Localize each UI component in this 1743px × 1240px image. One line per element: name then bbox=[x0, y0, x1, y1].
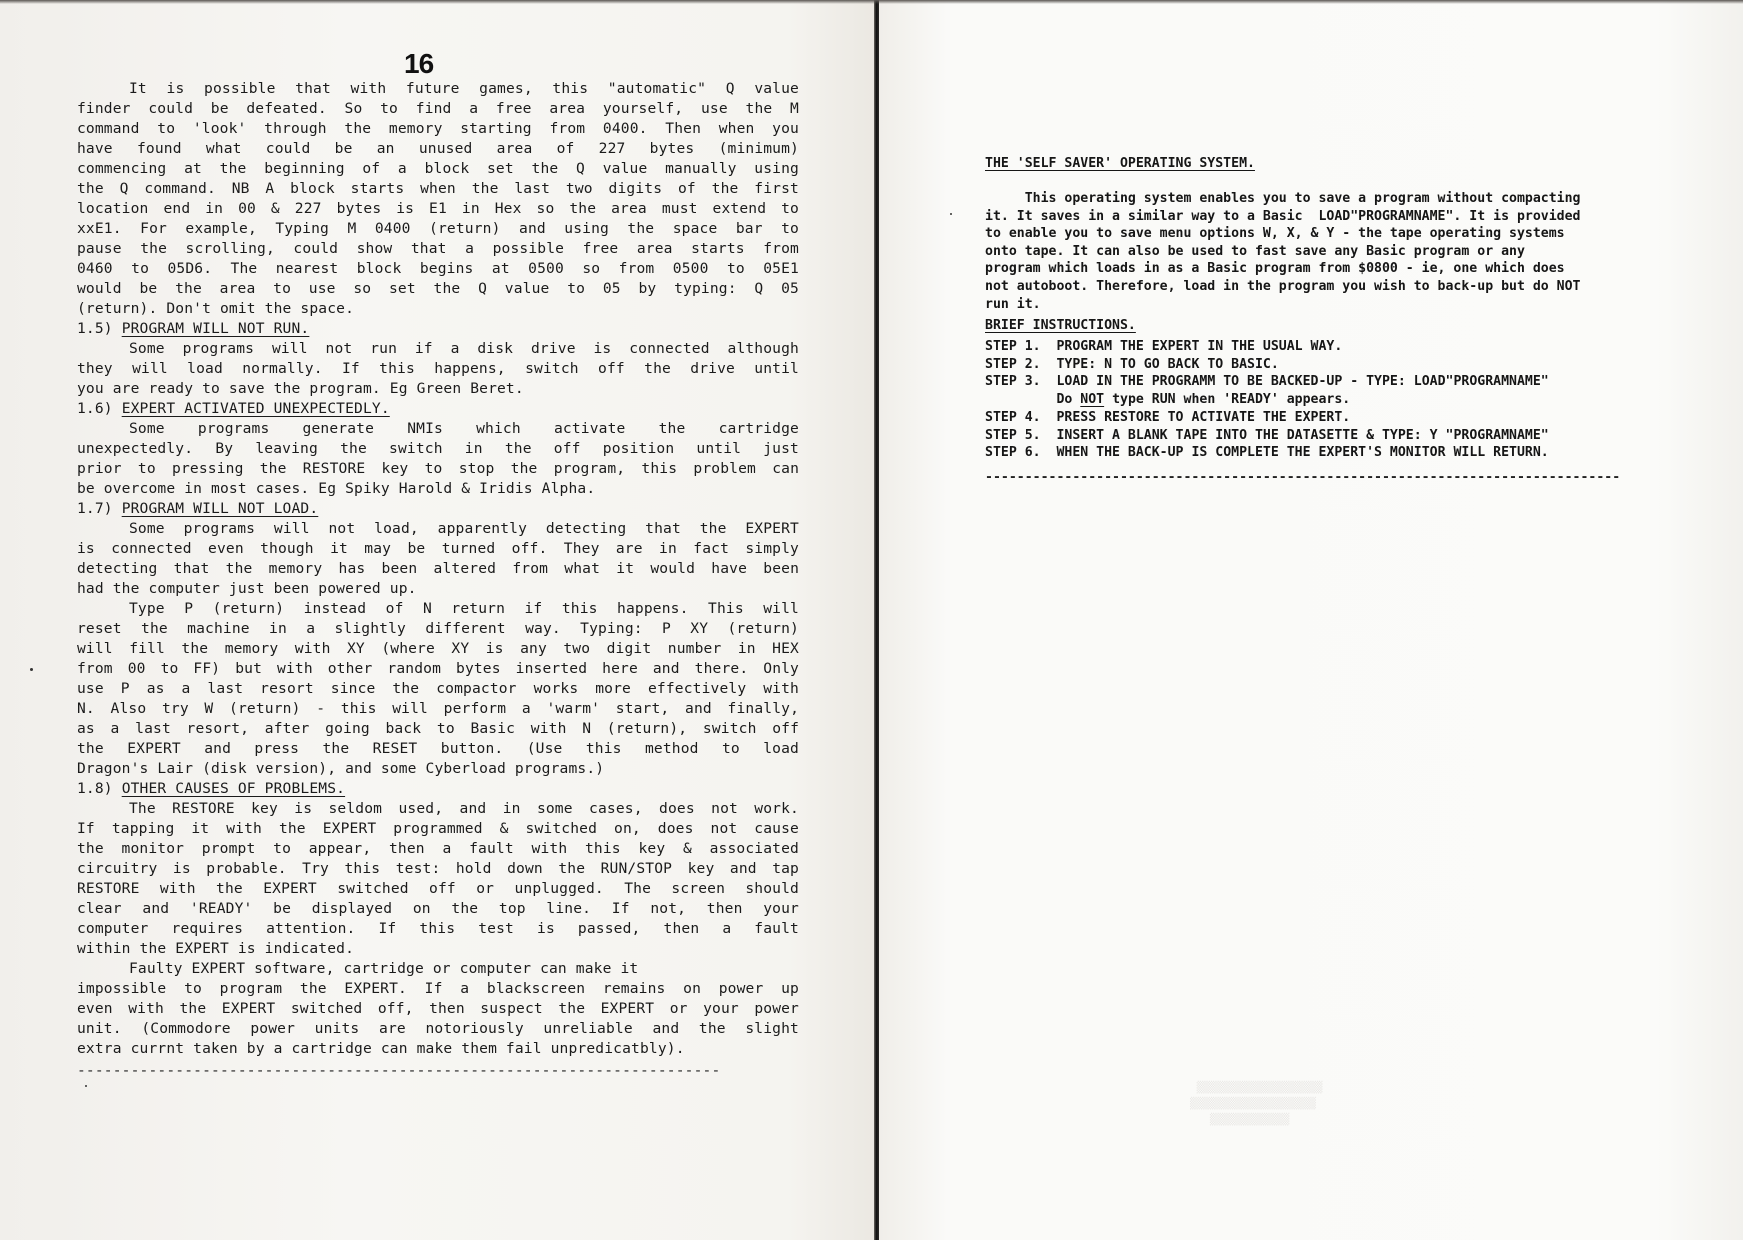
step-note: Do NOT type RUN when 'READY' appears. bbox=[985, 391, 1350, 409]
step-item: STEP 3. LOAD IN THE PROGRAMM TO BE BACKE… bbox=[985, 373, 1549, 391]
step-text: TYPE: N TO GO BACK TO BASIC. bbox=[1056, 357, 1278, 372]
body-line: finder could be defeated. So to find a f… bbox=[77, 99, 799, 119]
body-line: unexpectedly. By leaving the switch in t… bbox=[77, 439, 799, 459]
step-text: PRESS RESTORE TO ACTIVATE THE EXPERT. bbox=[1056, 410, 1350, 425]
page-number: 16 bbox=[404, 48, 433, 80]
body-line: prior to pressing the RESTORE key to sto… bbox=[77, 459, 799, 479]
intro-line: to enable you to save menu options W, X,… bbox=[985, 225, 1565, 243]
section-number: 1.5) bbox=[77, 320, 122, 337]
step-label: STEP 6. bbox=[985, 445, 1056, 460]
body-line: will fill the memory with XY (where XY i… bbox=[77, 639, 799, 659]
booklet-spread: ▒▒▒▒▒▒▒▒▒▒▒▒▒▒▒▒▒▒▒ ▒▒▒▒▒▒▒▒▒▒▒▒▒▒▒▒▒▒▒ … bbox=[0, 0, 1743, 1240]
body-line: even with the EXPERT switched off, then … bbox=[77, 999, 799, 1019]
brief-instructions-heading: BRIEF INSTRUCTIONS. bbox=[985, 317, 1136, 335]
body-line: they will load normally. If this happens… bbox=[77, 359, 799, 379]
step-label bbox=[985, 392, 1056, 407]
body-line: circuitry is probable. Try this test: ho… bbox=[77, 859, 799, 879]
step-text: LOAD IN THE PROGRAMM TO BE BACKED-UP - T… bbox=[1056, 374, 1548, 389]
body-line: Some programs will not run if a disk dri… bbox=[129, 339, 799, 359]
body-line: pause the scrolling, could show that a p… bbox=[77, 239, 799, 259]
body-line: (return). Don't omit the space. bbox=[77, 299, 799, 319]
intro-line: This operating system enables you to sav… bbox=[985, 190, 1580, 208]
body-line: If tapping it with the EXPERT programmed… bbox=[77, 819, 799, 839]
speck bbox=[85, 1085, 87, 1087]
section-number: 1.7) bbox=[77, 500, 122, 517]
right-heading: THE 'SELF SAVER' OPERATING SYSTEM. bbox=[985, 155, 1255, 173]
step-item: STEP 4. PRESS RESTORE TO ACTIVATE THE EX… bbox=[985, 409, 1350, 427]
body-line: N. Also try W (return) - this will perfo… bbox=[77, 699, 799, 719]
step-label: STEP 5. bbox=[985, 428, 1056, 443]
emphasis: NOT bbox=[1080, 392, 1104, 407]
body-line: Some programs will not load, apparently … bbox=[129, 519, 799, 539]
body-line: 0460 to 05D6. The nearest block begins a… bbox=[77, 259, 799, 279]
step-item: STEP 6. WHEN THE BACK-UP IS COMPLETE THE… bbox=[985, 444, 1549, 462]
step-text: PROGRAM THE EXPERT IN THE USUAL WAY. bbox=[1056, 339, 1342, 354]
body-line: It is possible that with future games, t… bbox=[129, 79, 799, 99]
section-heading: 1.6) EXPERT ACTIVATED UNEXPECTEDLY. bbox=[77, 399, 799, 419]
step-text: INSERT A BLANK TAPE INTO THE DATASETTE &… bbox=[1056, 428, 1548, 443]
body-line: had the computer just been powered up. bbox=[77, 579, 799, 599]
body-line: the monitor prompt to appear, then a fau… bbox=[77, 839, 799, 859]
body-line: impossible to program the EXPERT. If a b… bbox=[77, 979, 799, 999]
top-edge-shadow bbox=[0, 0, 1743, 4]
step-text: Do bbox=[1056, 392, 1080, 407]
body-line: have found what could be an unused area … bbox=[77, 139, 799, 159]
body-line: Dragon's Lair (disk version), and some C… bbox=[77, 759, 799, 779]
body-line: detecting that the memory has been alter… bbox=[77, 559, 799, 579]
body-line: commencing at the beginning of a block s… bbox=[77, 159, 799, 179]
section-title: OTHER CAUSES OF PROBLEMS. bbox=[122, 780, 345, 797]
section-heading: 1.5) PROGRAM WILL NOT RUN. bbox=[77, 319, 799, 339]
body-line: extra currnt taken by a cartridge can ma… bbox=[77, 1039, 799, 1059]
section-number: 1.6) bbox=[77, 400, 122, 417]
bleed-through-text: ▒▒▒▒▒▒▒▒▒▒▒▒▒▒▒▒▒▒▒ ▒▒▒▒▒▒▒▒▒▒▒▒▒▒▒▒▒▒▒ … bbox=[1190, 1080, 1322, 1128]
body-line: Some programs generate NMIs which activa… bbox=[129, 419, 799, 439]
step-label: STEP 4. bbox=[985, 410, 1056, 425]
step-label: STEP 1. bbox=[985, 339, 1056, 354]
section-heading: 1.8) OTHER CAUSES OF PROBLEMS. bbox=[77, 779, 799, 799]
intro-line: not autoboot. Therefore, load in the pro… bbox=[985, 278, 1580, 296]
speck bbox=[30, 668, 33, 671]
body-line: the Q command. NB A block starts when th… bbox=[77, 179, 799, 199]
step-label: STEP 2. bbox=[985, 357, 1056, 372]
section-title: EXPERT ACTIVATED UNEXPECTEDLY. bbox=[122, 400, 390, 417]
body-line: command to 'look' through the memory sta… bbox=[77, 119, 799, 139]
body-line: be overcome in most cases. Eg Spiky Haro… bbox=[77, 479, 799, 499]
body-line: within the EXPERT is indicated. bbox=[77, 939, 799, 959]
left-divider: ----------------------------------------… bbox=[77, 1062, 799, 1079]
body-line: Faulty EXPERT software, cartridge or com… bbox=[129, 959, 799, 979]
step-text: WHEN THE BACK-UP IS COMPLETE THE EXPERT'… bbox=[1056, 445, 1548, 460]
body-line: is connected even though it may be turne… bbox=[77, 539, 799, 559]
right-page bbox=[879, 0, 1743, 1240]
intro-line: program which loads in as a Basic progra… bbox=[985, 260, 1565, 278]
intro-line: it. It saves in a similar way to a Basic… bbox=[985, 208, 1580, 226]
body-line: clear and 'READY' be displayed on the to… bbox=[77, 899, 799, 919]
book-spine bbox=[874, 0, 879, 1240]
body-line: you are ready to save the program. Eg Gr… bbox=[77, 379, 799, 399]
body-line: reset the machine in a slightly differen… bbox=[77, 619, 799, 639]
body-line: the EXPERT and press the RESET button. (… bbox=[77, 739, 799, 759]
body-line: use P as a last resort since the compact… bbox=[77, 679, 799, 699]
body-line: from 00 to FF) but with other random byt… bbox=[77, 659, 799, 679]
body-line: computer requires attention. If this tes… bbox=[77, 919, 799, 939]
step-item: STEP 1. PROGRAM THE EXPERT IN THE USUAL … bbox=[985, 338, 1342, 356]
body-line: would be the area to use so set the Q va… bbox=[77, 279, 799, 299]
step-item: STEP 2. TYPE: N TO GO BACK TO BASIC. bbox=[985, 356, 1279, 374]
body-line: The RESTORE key is seldom used, and in s… bbox=[129, 799, 799, 819]
body-line: Type P (return) instead of N return if t… bbox=[129, 599, 799, 619]
step-item: STEP 5. INSERT A BLANK TAPE INTO THE DAT… bbox=[985, 427, 1549, 445]
section-heading: 1.7) PROGRAM WILL NOT LOAD. bbox=[77, 499, 799, 519]
step-text: type RUN when 'READY' appears. bbox=[1104, 392, 1350, 407]
speck bbox=[950, 213, 952, 215]
section-title: PROGRAM WILL NOT LOAD. bbox=[122, 500, 319, 517]
body-line: as a last resort, after going back to Ba… bbox=[77, 719, 799, 739]
step-label: STEP 3. bbox=[985, 374, 1056, 389]
intro-line: run it. bbox=[985, 296, 1041, 314]
intro-line: onto tape. It can also be used to fast s… bbox=[985, 243, 1525, 261]
section-number: 1.8) bbox=[77, 780, 122, 797]
body-line: xxE1. For example, Typing M 0400 (return… bbox=[77, 219, 799, 239]
body-line: location end in 00 & 227 bytes is E1 in … bbox=[77, 199, 799, 219]
body-line: RESTORE with the EXPERT switched off or … bbox=[77, 879, 799, 899]
right-divider: ----------------------------------------… bbox=[985, 470, 1705, 485]
body-line: unit. (Commodore power units are notorio… bbox=[77, 1019, 799, 1039]
section-title: PROGRAM WILL NOT RUN. bbox=[122, 320, 310, 337]
